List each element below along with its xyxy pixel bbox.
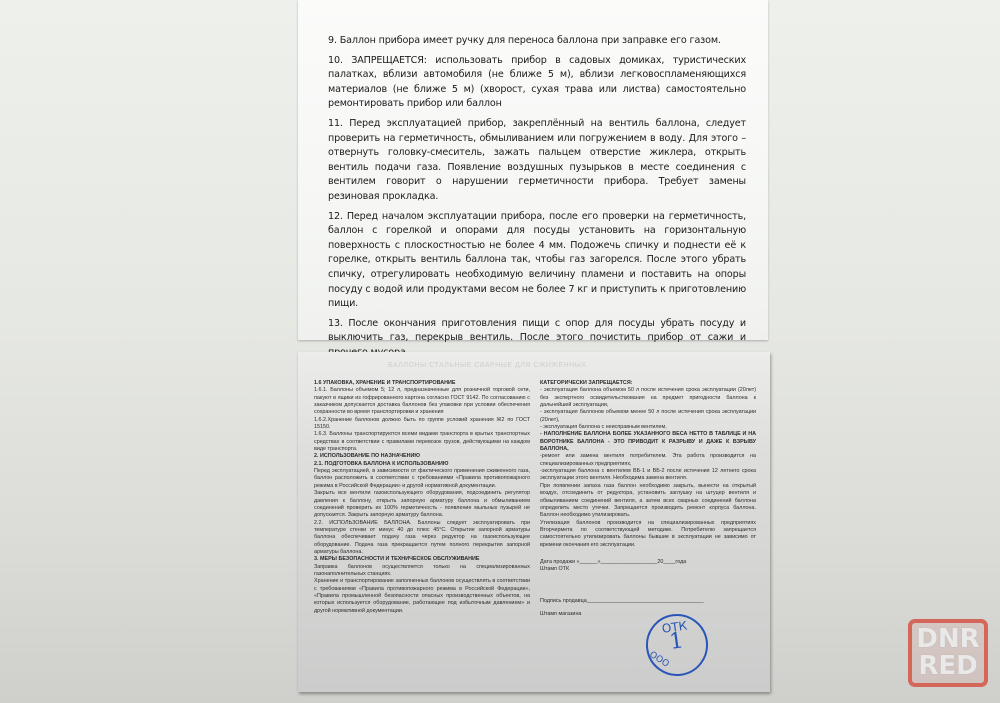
bleed-through-text: БАЛЛОНЫ СТАЛЬНЫЕ СВАРНЫЕ ДЛЯ СЖИЖЕННЫХ <box>388 362 768 369</box>
section-heading: 2. ИСПОЛЬЗОВАНИЕ ПО НАЗНАЧЕНИЮ <box>314 453 530 460</box>
section-text: Хранение и транспортирование заполненных… <box>314 578 530 615</box>
otk-stamp: ОТК 1 ООО <box>642 610 712 680</box>
stamp-number: 1 <box>647 634 705 649</box>
shop-stamp-label: Штамп магазина <box>540 611 756 618</box>
section-heading: 3. МЕРЫ БЕЗОПАСНОСТИ И ТЕХНИЧЕСКОЕ ОБСЛУ… <box>314 556 530 563</box>
sale-date-field: Дата продажи «______»___________________… <box>540 559 756 566</box>
section-text: Закрыть все вентили газоиспользующего об… <box>314 490 530 519</box>
seller-signature-field: Подпись продавца________________________… <box>540 598 756 605</box>
section-text: - эксплуатация баллонов объемом менее 50… <box>540 409 756 424</box>
section-text: 2.2. ИСПОЛЬЗОВАНИЕ БАЛЛОНА. Баллоны след… <box>314 520 530 557</box>
section-text: - эксплуатация баллона с неисправным вен… <box>540 424 756 431</box>
section-text: -ремонт или замена вентиля потребителем.… <box>540 453 756 468</box>
dnr-red-watermark-logo: DNR RED <box>908 619 988 687</box>
section-text: -эксплуатация баллона с вентилем ВБ-1 и … <box>540 468 756 483</box>
section-heading: КАТЕГОРИЧЕСКИ ЗАПРЕЩАЕТСЯ: <box>540 380 756 387</box>
section-text: 1.6.1. Баллоны объемом 5; 12 л, предназн… <box>314 387 530 416</box>
section-text: При появлении запаха газа баллон необход… <box>540 483 756 520</box>
paragraph-10: 10. ЗАПРЕЩАЕТСЯ: использовать прибор в с… <box>328 54 746 112</box>
section-text: Перед эксплуатацией, в зависимости от фа… <box>314 468 530 490</box>
right-column: КАТЕГОРИЧЕСКИ ЗАПРЕЩАЕТСЯ:- эксплуатация… <box>540 380 756 618</box>
paragraph-12: 12. Перед началом эксплуатации прибора, … <box>328 210 746 312</box>
paragraph-9: 9. Баллон прибора имеет ручку для перено… <box>328 34 746 49</box>
instruction-sheet-top: 9. Баллон прибора имеет ручку для перено… <box>298 0 768 340</box>
section-text: - эксплуатация баллона объемом 50 л посл… <box>540 387 756 409</box>
cylinder-passport-sheet: БАЛЛОНЫ СТАЛЬНЫЕ СВАРНЫЕ ДЛЯ СЖИЖЕННЫХ 1… <box>298 352 770 692</box>
paragraph-11: 11. Перед эксплуатацией прибор, закреплё… <box>328 117 746 205</box>
otk-stamp-label: Штамп ОТК <box>540 566 756 573</box>
section-text: - НАПОЛНЕНИЕ БАЛЛОНА БОЛЕЕ УКАЗАННОГО ВЕ… <box>540 431 756 453</box>
section-text: Заправка баллонов осуществляется только … <box>314 564 530 579</box>
watermark-line-1: DNR <box>916 626 979 653</box>
left-column: 1.6 УПАКОВКА, ХРАНЕНИЕ И ТРАНСПОРТИРОВАН… <box>314 380 530 618</box>
watermark-line-2: RED <box>918 653 977 680</box>
section-text: 1.6.2.Хранение баллонов должно быть по г… <box>314 417 530 432</box>
stamp-arc-text: ООО <box>648 652 670 669</box>
section-text: 1.6.3. Баллоны транспортируются всеми ви… <box>314 431 530 453</box>
section-text: Утилизация баллонов производится на спец… <box>540 520 756 549</box>
